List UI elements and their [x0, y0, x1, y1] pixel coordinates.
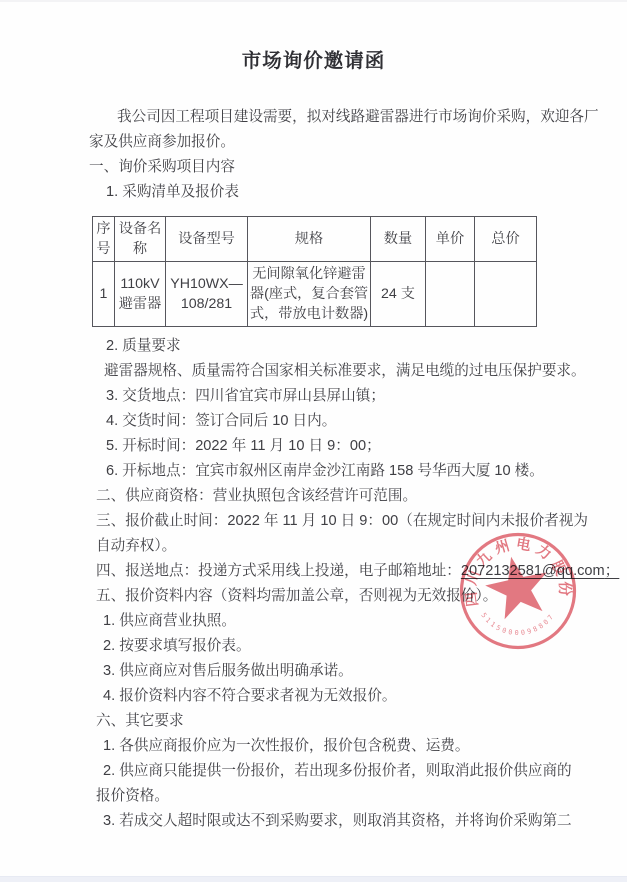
section5-item3: 3. 供应商应对售后服务做出明确承诺。	[103, 659, 627, 684]
section2-heading: 二、供应商资格：营业执照包含该经营许可范围。	[96, 484, 627, 509]
section4-line: 四、报送地点：投递方式采用线上投递，电子邮箱地址：2072132581@qq.c…	[96, 559, 627, 584]
section5-heading: 五、报价资料内容（资料均需加盖公章，否则视为无效报价）。	[96, 584, 627, 609]
section5-item4: 4. 报价资料内容不符合要求者视为无效报价。	[103, 684, 627, 709]
section1-heading: 一、询价采购项目内容	[89, 155, 627, 180]
section1-item2: 2. 质量要求	[106, 334, 627, 359]
section6-item2-line2: 报价资格。	[96, 784, 627, 809]
section5-item2: 2. 按要求填写报价表。	[103, 634, 627, 659]
section6-item3: 3. 若成交人超时限或达不到采购要求，则取消其资格，并将询价采购第二	[103, 809, 627, 834]
section4-text: 四、报送地点：投递方式采用线上投递，电子邮箱地址：	[96, 563, 461, 579]
page-title: 市场询价邀请函	[0, 45, 627, 73]
cell-total-price	[475, 262, 537, 327]
section1-item5: 5. 开标时间：2022 年 11 月 10 日 9：00；	[106, 434, 627, 459]
header-quantity: 数量	[371, 217, 426, 262]
section5-item1: 1. 供应商营业执照。	[103, 609, 627, 634]
table-row: 1 110kV 避雷器 YH10WX— 108/281 无间隙氧化锌避雷 器(座…	[93, 262, 537, 327]
cell-model: YH10WX— 108/281	[166, 262, 248, 327]
header-unit-price: 单价	[426, 217, 475, 262]
header-equipment-name: 设备名 称	[115, 217, 166, 262]
cell-spec: 无间隙氧化锌避雷 器(座式，复合套管 式，带放电计数器)	[248, 262, 371, 327]
email-link[interactable]: 2072132581@qq.com	[461, 563, 605, 579]
section1-item6: 6. 开标地点：宜宾市叙州区南岸金沙江南路 158 号华西大厦 10 楼。	[106, 459, 627, 484]
cell-quantity: 24 支	[371, 262, 426, 327]
section1-item2-note: 避雷器规格、质量需符合国家相关标准要求，满足电缆的过电压保护要求。	[104, 359, 627, 384]
section1-item1: 1. 采购清单及报价表	[106, 180, 627, 205]
section6-item1: 1. 各供应商报价应为一次性报价，报价包含税费、运费。	[103, 734, 627, 759]
table-header-row: 序 号 设备名 称 设备型号 规格 数量 单价 总价	[93, 217, 537, 262]
cell-equipment-name: 110kV 避雷器	[115, 262, 166, 327]
document-page: 市场询价邀请函 我公司因工程项目建设需要，拟对线路避雷器进行市场询价采购，欢迎各…	[0, 0, 627, 882]
header-spec: 规格	[248, 217, 371, 262]
header-seq: 序 号	[93, 217, 115, 262]
email-suffix: ；	[605, 563, 620, 579]
section1-item3: 3. 交货地点：四川省宜宾市屏山县屏山镇；	[106, 384, 627, 409]
cell-unit-price	[426, 262, 475, 327]
procurement-table: 序 号 设备名 称 设备型号 规格 数量 单价 总价 1 110kV 避雷器 Y…	[92, 216, 537, 327]
section3-line-1: 三、报价截止时间：2022 年 11 月 10 日 9：00（在规定时间内未报价…	[96, 509, 627, 534]
scan-bottom-edge	[0, 876, 627, 882]
scan-top-edge	[0, 0, 627, 2]
header-total-price: 总价	[475, 217, 537, 262]
intro-line-2: 家及供应商参加报价。	[89, 130, 627, 155]
section6-heading: 六、其它要求	[96, 709, 627, 734]
intro-line-1: 我公司因工程项目建设需要，拟对线路避雷器进行市场询价采购，欢迎各厂	[89, 105, 627, 130]
section3-line-2: 自动弃权）。	[96, 534, 627, 559]
cell-seq: 1	[93, 262, 115, 327]
header-model: 设备型号	[166, 217, 248, 262]
document-body: 我公司因工程项目建设需要，拟对线路避雷器进行市场询价采购，欢迎各厂 家及供应商参…	[0, 105, 627, 834]
section6-item2-line1: 2. 供应商只能提供一份报价，若出现多份报价者，则取消此报价供应商的	[103, 759, 627, 784]
section1-item4: 4. 交货时间：签订合同后 10 日内。	[106, 409, 627, 434]
